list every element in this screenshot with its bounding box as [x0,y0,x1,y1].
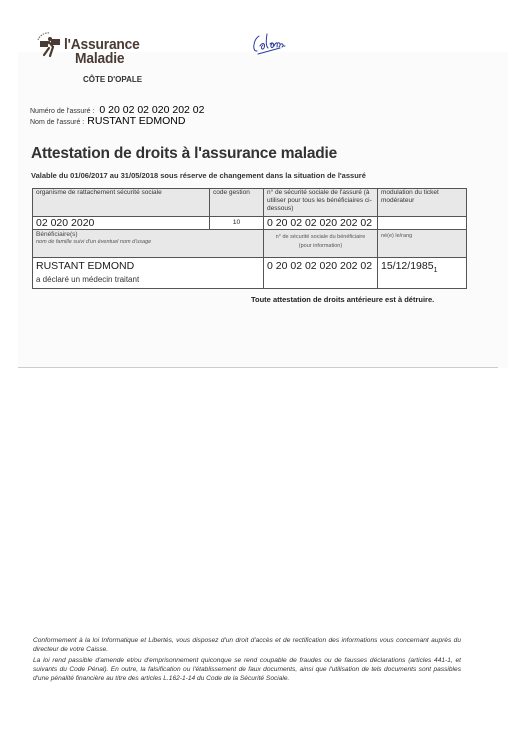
signature-icon [250,30,290,58]
beneficiary-nss: 0 20 02 02 020 202 02 [267,258,374,272]
logo-line-2: Maladie [64,52,140,66]
insured-info: Numéro de l'assuré : 0 20 02 02 020 202 … [30,104,204,126]
birth-date: 15/12/1985 [381,260,434,272]
insured-number-label: Numéro de l'assuré : [30,108,94,115]
beneficiary-header: Bénéficiaire(s) nom de famille suivi d'u… [33,230,264,258]
table-row: 02 020 2020 10 0 20 02 02 020 202 02 [33,217,467,230]
destroy-notice: Toute attestation de droits antérieure e… [251,295,434,304]
insured-name-label: Nom de l'assuré : [30,119,84,126]
header-organisme: organisme de rattachement sécurité socia… [33,189,210,217]
beneficiary-nss-note: (pour information) [267,242,374,251]
beneficiary-nss-cell: 0 20 02 02 020 202 02 [264,258,378,289]
beneficiary-birth-header: né(e) le/rang [378,230,467,258]
cell-organisme: 02 020 2020 [33,217,210,230]
document-title: Attestation de droits à l'assurance mala… [31,145,337,163]
beneficiary-row: RUSTANT EDMOND a déclaré un médecin trai… [33,258,467,289]
legal-footer: Conformement à la loi Informatique et Li… [33,636,461,685]
logo-emblem-icon [34,30,64,60]
cell-modulation [378,217,467,230]
beneficiary-note: a déclaré un médecin traitant [36,275,260,284]
rights-table: organisme de rattachement sécurité socia… [32,188,467,289]
logo-wordmark: l'Assurance Maladie [64,38,140,66]
cell-code-gestion: 10 [210,217,264,230]
beneficiary-birth-cell: 15/12/19851 [378,258,467,289]
legal-paragraph-privacy: Conformement à la loi Informatique et Li… [33,636,461,654]
cell-nss-assure: 0 20 02 02 020 202 02 [264,217,378,230]
region-name: CÔTE D'OPALE [83,75,142,84]
header-code-gestion: code gestion [210,189,264,217]
beneficiary-header-row: Bénéficiaire(s) nom de famille suivi d'u… [33,230,467,258]
beneficiary-name-cell: RUSTANT EDMOND a déclaré un médecin trai… [33,258,264,289]
fold-line [18,367,498,368]
birth-rank: 1 [434,267,438,274]
beneficiary-subtitle: nom de famille suivi d'un éventuel nom d… [36,239,260,245]
birth-rank-label: né(e) le/rang [381,230,463,239]
header-nss-assure: n° de sécurité sociale de l'assuré (à ut… [264,189,378,217]
legal-paragraph-fraud: La loi rend passible d'amende et/ou d'em… [33,656,461,683]
table-header-row: organisme de rattachement sécurité socia… [33,189,467,217]
validity-period: Valable du 01/06/2017 au 31/05/2018 sous… [31,171,366,180]
beneficiary-nss-label: n° de sécurité sociale du bénéficiaire [267,230,374,242]
beneficiary-birth: 15/12/19851 [381,258,463,277]
beneficiary-title: Bénéficiaire(s) [36,230,260,238]
header-modulation: modulation du ticket modérateur [378,189,467,217]
beneficiary-name: RUSTANT EDMOND [36,258,260,272]
beneficiary-nss-header: n° de sécurité sociale du bénéficiaire (… [264,230,378,258]
insured-name-value: RUSTANT EDMOND [87,115,185,127]
